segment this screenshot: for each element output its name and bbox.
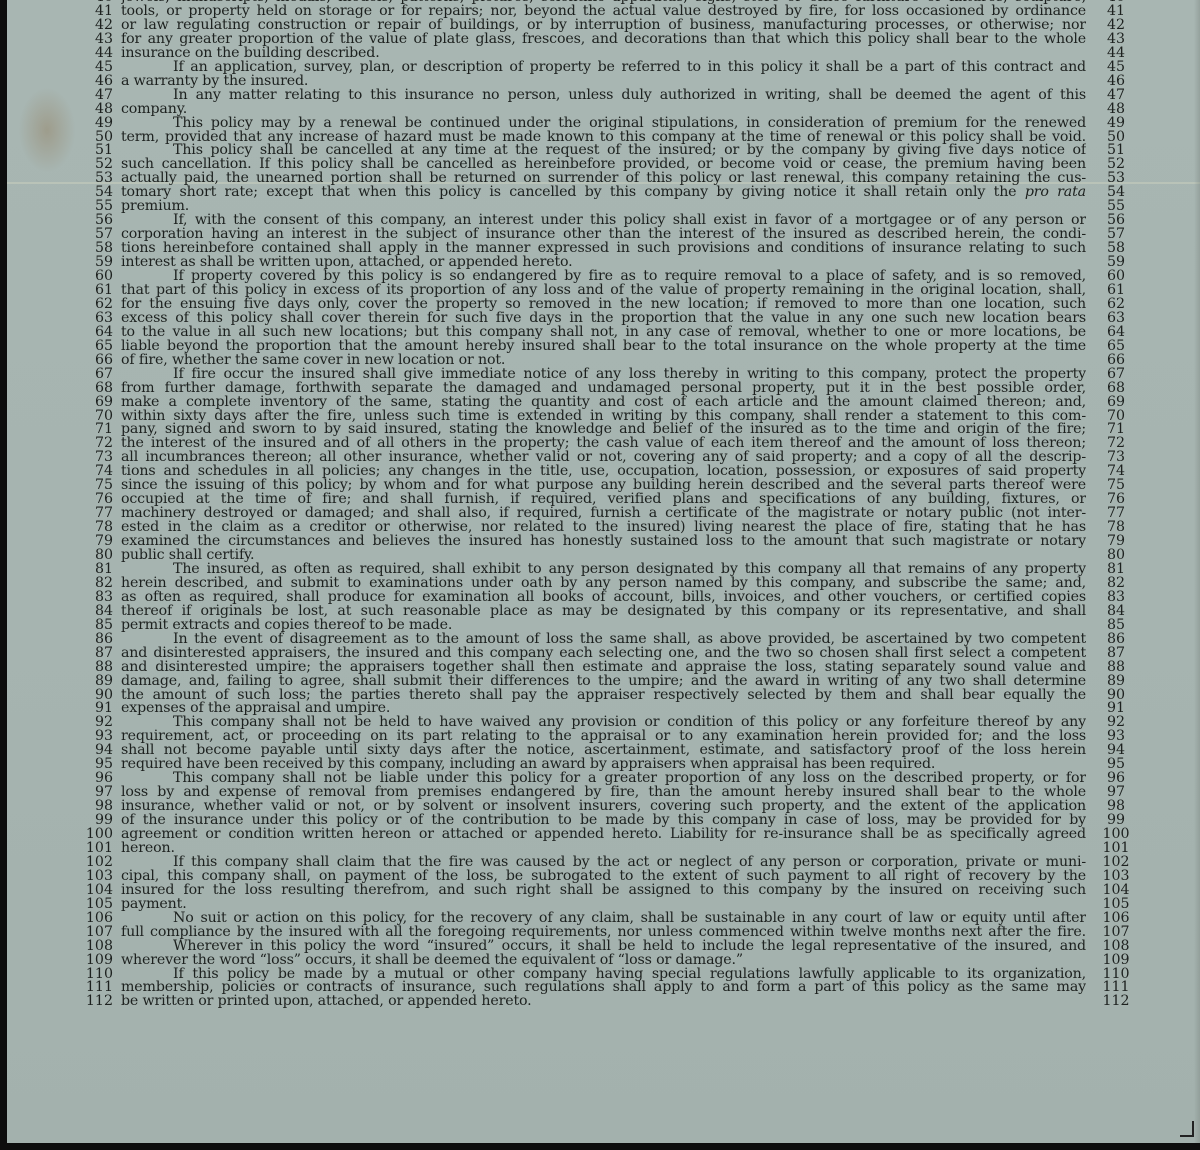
document-line: 105payment.105 (7, 897, 1200, 912)
line-text: hereon. (121, 841, 1086, 856)
document-line: 109wherever the word “loss” occurs, it s… (7, 953, 1200, 968)
line-text: herein described, and submit to examinat… (121, 576, 1086, 591)
document-line: 42or law regulating construction or repa… (7, 18, 1200, 33)
document-line: 64to the value in all such new locations… (7, 325, 1200, 340)
document-line: 70within sixty days after the fire, unle… (7, 409, 1200, 424)
document-line: 51This policy shall be cancelled at any … (7, 143, 1200, 158)
line-text: machinery destroyed or damaged; and shal… (121, 506, 1086, 521)
line-text: since the issuing of this policy; by who… (121, 478, 1086, 493)
line-text: agreement or condition written hereon or… (121, 827, 1086, 842)
document-line: 54tomary short rate; except that when th… (7, 185, 1200, 200)
document-line: 103cipal, this company shall, on payment… (7, 869, 1200, 884)
line-text: examined the circumstances and believes … (121, 534, 1086, 549)
line-text: actually paid, the unearned portion shal… (121, 171, 1086, 186)
line-text: wherever the word “loss” occurs, it shal… (121, 953, 1086, 968)
line-text: for the ensuing five days only, cover th… (121, 297, 1086, 312)
line-text: loss by and expense of removal from prem… (121, 785, 1086, 800)
document-line: 106No suit or action on this policy, for… (7, 911, 1200, 926)
document-line: 90the amount of such loss; the parties t… (7, 688, 1200, 703)
line-text: the amount of such loss; the parties the… (121, 688, 1086, 703)
document-line: 63excess of this policy shall cover ther… (7, 311, 1200, 326)
line-text: expenses of the appraisal and umpire. (121, 701, 1086, 716)
document-line: 49This policy may by a renewal be contin… (7, 116, 1200, 131)
line-text: occupied at the time of fire; and shall … (121, 492, 1086, 507)
line-text: all incumbrances thereon; all other insu… (121, 450, 1086, 465)
corner-crop-mark (1180, 1121, 1194, 1137)
line-text: permit extracts and copies thereof to be… (121, 618, 1086, 633)
document-line: 65liable beyond the proportion that the … (7, 339, 1200, 354)
document-line: 102If this company shall claim that the … (7, 855, 1200, 870)
document-line: 43for any greater proportion of the valu… (7, 32, 1200, 47)
line-text: of the insurance under this policy or of… (121, 813, 1086, 828)
line-text: insurance on the building described. (121, 46, 1086, 61)
document-line: 79examined the circumstances and believe… (7, 534, 1200, 549)
line-text: and disinterested appraisers, the insure… (121, 646, 1086, 661)
line-text: excess of this policy shall cover therei… (121, 311, 1086, 326)
line-text: Wherever in this policy the word “insure… (121, 939, 1086, 954)
line-text: from further damage, forthwith separate … (121, 381, 1086, 396)
document-line: 44insurance on the building described.44 (7, 46, 1200, 61)
document-line: 56If, with the consent of this company, … (7, 213, 1200, 228)
document-line: 48company.48 (7, 102, 1200, 117)
document-line: 55premium.55 (7, 199, 1200, 214)
document-line: 57corporation having an interest in the … (7, 227, 1200, 242)
document-line: 112be written or printed upon, attached,… (7, 994, 1200, 1009)
document-line: 91expenses of the appraisal and umpire.9… (7, 701, 1200, 716)
line-text: tools, or property held on storage or fo… (121, 4, 1086, 19)
line-text: shall not become payable until sixty day… (121, 743, 1086, 758)
document-line: 85permit extracts and copies thereof to … (7, 618, 1200, 633)
document-line: 81The insured, as often as required, sha… (7, 562, 1200, 577)
document-line: 110If this policy be made by a mutual or… (7, 967, 1200, 982)
line-text: company. (121, 102, 1086, 117)
document-line: 93requirement, act, or proceeding on its… (7, 729, 1200, 744)
document-line: 62for the ensuing five days only, cover … (7, 297, 1200, 312)
line-number-right: 112 (1097, 994, 1135, 1009)
document-line: 97loss by and expense of removal from pr… (7, 785, 1200, 800)
line-text: of fire, whether the same cover in new l… (121, 353, 1086, 368)
line-text: tions and schedules in all policies; any… (121, 464, 1086, 479)
line-text: requirement, act, or proceeding on its p… (121, 729, 1086, 744)
line-text: make a complete inventory of the same, s… (121, 395, 1086, 410)
scanned-document-page: 40jewels, manuscripts, medals, models, p… (7, 0, 1200, 1143)
document-line: 80public shall certify.80 (7, 548, 1200, 563)
document-line: 59interest as shall be written upon, att… (7, 255, 1200, 270)
line-text: liable beyond the proportion that the am… (121, 339, 1086, 354)
line-text: insured for the loss resulting therefrom… (121, 883, 1086, 898)
document-line: 50term, provided that any increase of ha… (7, 130, 1200, 145)
document-line: 72the interest of the insured and of all… (7, 436, 1200, 451)
italic-term: pro rata (1025, 185, 1086, 200)
document-line: 104insured for the loss resulting theref… (7, 883, 1200, 898)
line-text: cipal, this company shall, on payment of… (121, 869, 1086, 884)
line-text: In any matter relating to this insurance… (121, 88, 1086, 103)
document-line: 88and disinterested umpire; the appraise… (7, 660, 1200, 675)
document-line: 45If an application, survey, plan, or de… (7, 60, 1200, 75)
document-line: 101hereon.101 (7, 841, 1200, 856)
document-line: 73all incumbrances thereon; all other in… (7, 450, 1200, 465)
line-text: If this company shall claim that the fir… (121, 855, 1086, 870)
document-line: 108Wherever in this policy the word “ins… (7, 939, 1200, 954)
document-line: 82herein described, and submit to examin… (7, 576, 1200, 591)
line-text: corporation having an interest in the su… (121, 227, 1086, 242)
document-line: 94shall not become payable until sixty d… (7, 743, 1200, 758)
line-text: If, with the consent of this company, an… (121, 213, 1086, 228)
line-text: be written or printed upon, attached, or… (121, 994, 1086, 1009)
line-text: required have been received by this comp… (121, 757, 1086, 772)
document-line: 47In any matter relating to this insuran… (7, 88, 1200, 103)
line-text: a warranty by the insured. (121, 74, 1086, 89)
document-line: 84thereof if originals be lost, at such … (7, 604, 1200, 619)
line-text: This company shall not be liable under t… (121, 771, 1086, 786)
line-text: or law regulating construction or repair… (121, 18, 1086, 33)
document-line: 76occupied at the time of fire; and shal… (7, 492, 1200, 507)
document-line: 69make a complete inventory of the same,… (7, 395, 1200, 410)
line-text: This company shall not be held to have w… (121, 715, 1086, 730)
document-line: 74tions and schedules in all policies; a… (7, 464, 1200, 479)
line-text: If an application, survey, plan, or desc… (121, 60, 1086, 75)
line-text: public shall certify. (121, 548, 1086, 563)
line-text: insurance, whether valid or not, or by s… (121, 799, 1086, 814)
line-text: damage, and, failing to agree, shall sub… (121, 674, 1086, 689)
line-text: full compliance by the insured with all … (121, 925, 1086, 940)
line-text: such cancellation. If this policy shall … (121, 157, 1086, 172)
line-text: pany, signed and sworn to by said insure… (121, 422, 1086, 437)
document-line: 87and disinterested appraisers, the insu… (7, 646, 1200, 661)
line-text: This policy shall be cancelled at any ti… (121, 143, 1086, 158)
line-text: that part of this policy in excess of it… (121, 283, 1086, 298)
document-line: 53actually paid, the unearned portion sh… (7, 171, 1200, 186)
document-line: 67If fire occur the insured shall give i… (7, 367, 1200, 382)
document-line: 111membership, policies or contracts of … (7, 980, 1200, 995)
line-text: tions hereinbefore contained shall apply… (121, 241, 1086, 256)
line-text: within sixty days after the fire, unless… (121, 409, 1086, 424)
line-text: interest as shall be written upon, attac… (121, 255, 1086, 270)
line-number-left: 112 (75, 994, 113, 1009)
document-line: 86In the event of disagreement as to the… (7, 632, 1200, 647)
document-line: 46a warranty by the insured.46 (7, 74, 1200, 89)
document-line: 98insurance, whether valid or not, or by… (7, 799, 1200, 814)
line-text: The insured, as often as required, shall… (121, 562, 1086, 577)
document-line: 60If property covered by this policy is … (7, 269, 1200, 284)
line-text: premium. (121, 199, 1086, 214)
document-line: 100agreement or condition written hereon… (7, 827, 1200, 842)
document-line: 107full compliance by the insured with a… (7, 925, 1200, 940)
line-text: In the event of disagreement as to the a… (121, 632, 1086, 647)
document-line: 75since the issuing of this policy; by w… (7, 478, 1200, 493)
line-text: and disinterested umpire; the appraisers… (121, 660, 1086, 675)
document-line: 61that part of this policy in excess of … (7, 283, 1200, 298)
line-text: If property covered by this policy is so… (121, 269, 1086, 284)
document-line: 41tools, or property held on storage or … (7, 4, 1200, 19)
document-line: 58tions hereinbefore contained shall app… (7, 241, 1200, 256)
line-text: thereof if originals be lost, at such re… (121, 604, 1086, 619)
line-text: If fire occur the insured shall give imm… (121, 367, 1086, 382)
line-text: If this policy be made by a mutual or ot… (121, 967, 1086, 982)
document-line: 83as often as required, shall produce fo… (7, 590, 1200, 605)
document-line: 77machinery destroyed or damaged; and sh… (7, 506, 1200, 521)
document-line: 71pany, signed and sworn to by said insu… (7, 422, 1200, 437)
line-text: the interest of the insured and of all o… (121, 436, 1086, 451)
document-line: 89damage, and, failing to agree, shall s… (7, 674, 1200, 689)
line-text: ested in the claim as a creditor or othe… (121, 520, 1086, 535)
line-text: membership, policies or contracts of ins… (121, 980, 1086, 995)
document-line: 96This company shall not be liable under… (7, 771, 1200, 786)
document-line: 52such cancellation. If this policy shal… (7, 157, 1200, 172)
document-line: 66of fire, whether the same cover in new… (7, 353, 1200, 368)
line-text: tomary short rate; except that when this… (121, 185, 1086, 200)
document-line: 78ested in the claim as a creditor or ot… (7, 520, 1200, 535)
document-line: 92This company shall not be held to have… (7, 715, 1200, 730)
line-text: as often as required, shall produce for … (121, 590, 1086, 605)
document-line: 95required have been received by this co… (7, 757, 1200, 772)
line-text: No suit or action on this policy, for th… (121, 911, 1086, 926)
line-text: to the value in all such new locations; … (121, 325, 1086, 340)
line-text: term, provided that any increase of haza… (121, 130, 1086, 145)
document-line: 99of the insurance under this policy or … (7, 813, 1200, 828)
line-text: payment. (121, 897, 1086, 912)
line-text: This policy may by a renewal be continue… (121, 116, 1086, 131)
document-line: 68from further damage, forthwith separat… (7, 381, 1200, 396)
line-text: for any greater proportion of the value … (121, 32, 1086, 47)
